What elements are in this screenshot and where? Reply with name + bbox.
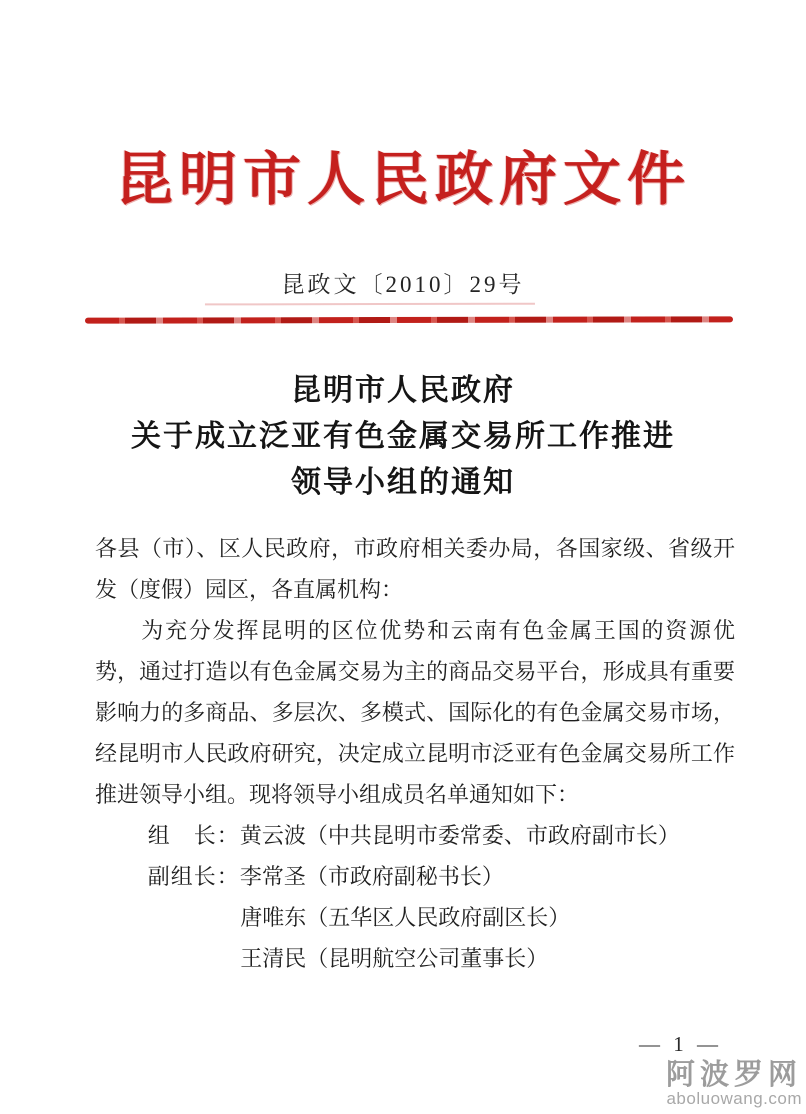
member-name-and-title: 李常圣（市政府副秘书长） [240,864,504,889]
member-row-deputy-3: 王清民（昆明航空公司董事长） [95,938,735,979]
member-name-and-title: 王清民（昆明航空公司董事长） [240,946,548,971]
member-row-leader: 组 长：黄云波（中共昆明市委常委、市政府副市长） [95,815,735,856]
document-title-line-2: 关于成立泛亚有色金属交易所工作推进 [0,414,806,460]
member-role-label: 副组长： [148,864,240,889]
salutation-line: 各县（市）、区人民政府，市政府相关委办局，各国家级、省级开发（度假）园区，各直属… [95,528,735,610]
document-title-line-3: 领导小组的通知 [0,460,806,506]
member-role-label: 组 长： [148,823,240,848]
document-number: 昆政文〔2010〕29号 [0,266,806,299]
member-name-and-title: 唐唯东（五华区人民政府副区长） [240,905,570,930]
body-paragraph: 为充分发挥昆明的区位优势和云南有色金属王国的资源优势，通过打造以有色金属交易为主… [95,610,735,815]
watermark: 阿波罗网 aboluowang.com [666,1060,802,1108]
document-title: 昆明市人民政府 关于成立泛亚有色金属交易所工作推进 领导小组的通知 [0,368,806,506]
page-number: — 1 — [639,1032,722,1057]
scanned-document-page: 昆明市人民政府文件 昆政文〔2010〕29号 昆明市人民政府 关于成立泛亚有色金… [0,0,806,1114]
letterhead-title: 昆明市人民政府文件 [0,132,806,216]
document-title-line-1: 昆明市人民政府 [0,368,806,414]
watermark-site-name: 阿波罗网 [666,1060,802,1090]
red-divider-line [85,316,733,323]
member-name-and-title: 黄云波（中共昆明市委常委、市政府副市长） [240,823,680,848]
member-row-deputy-2: 唐唯东（五华区人民政府副区长） [95,897,735,938]
watermark-site-url: aboluowang.com [666,1090,802,1108]
member-row-deputy-1: 副组长：李常圣（市政府副秘书长） [95,856,735,897]
document-body: 各县（市）、区人民政府，市政府相关委办局，各国家级、省级开发（度假）园区，各直属… [95,528,735,979]
